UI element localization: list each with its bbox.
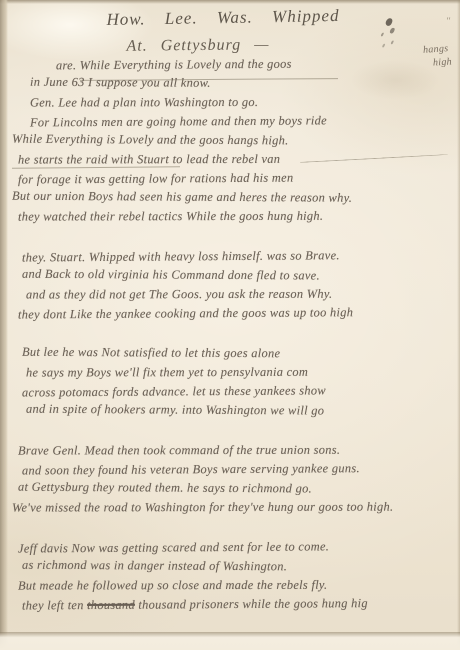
line-prefix: they left ten	[22, 598, 87, 612]
manuscript-line: he says my Boys we'll fix them yet to pe…	[26, 362, 450, 382]
manuscript-line: he starts the raid with Stuart to lead t…	[18, 149, 450, 169]
stanza-5: Jeff davis Now was getting scared and se…	[26, 538, 450, 614]
manuscript-line: they dont Like the yankee cooking and th…	[18, 302, 450, 324]
manuscript-line: Gen. Lee had a plan into Washington to g…	[30, 92, 450, 112]
page-title: How. Lee. Was. Whipped	[26, 5, 420, 32]
paper-edge-top	[0, 0, 460, 4]
stanza-3: But lee he was Not satisfied to let this…	[26, 344, 450, 420]
line-suffix: thousand prisoners while the goos hung h…	[135, 596, 368, 612]
stanza-4: Brave Genl. Mead then took command of th…	[26, 441, 450, 517]
manuscript-line: But meade he followed up so close and ma…	[18, 575, 450, 595]
manuscript-page: '' hangs high How. Lee. Was. Whipped At.…	[0, 0, 460, 650]
stanza-gap	[26, 420, 450, 441]
stanza-gap	[26, 226, 450, 247]
paper-edge-bottom	[0, 632, 460, 650]
manuscript-line: as richmond was in danger instead of Was…	[22, 556, 450, 578]
manuscript-line: But our union Boys had seen his game and…	[12, 187, 450, 209]
manuscript-line: While Everything is Lovely and the goos …	[12, 130, 450, 152]
manuscript-line: in June 63 I suppose you all know.	[30, 73, 450, 95]
stanza-1: are. While Everything is Lovely and the …	[26, 55, 450, 226]
manuscript-line: and as they did not get The Goos. you as…	[26, 284, 450, 304]
stanza-2: they. Stuart. Whipped with heavy loss hi…	[26, 247, 450, 323]
manuscript-line: and Back to old virginia his Command don…	[22, 265, 450, 287]
stanza-gap	[26, 323, 450, 344]
manuscript-line: and in spite of hookers army. into Washi…	[26, 400, 450, 422]
manuscript-line: are. While Everything is Lovely and the …	[56, 54, 450, 76]
stanza-gap	[26, 517, 450, 538]
manuscript-line: at Gettysburg they routed them. he says …	[18, 478, 450, 500]
paper-edge-left	[0, 0, 8, 650]
manuscript-line-with-strikethrough: they left ten thousand thousand prisoner…	[22, 594, 450, 616]
manuscript-line: they watched their rebel tactics While t…	[18, 206, 450, 226]
manuscript-line: We've missed the road to Washington for …	[12, 497, 450, 517]
struck-word: thousand	[87, 598, 135, 612]
manuscript-text: How. Lee. Was. Whipped At. Gettysburg — …	[26, 6, 450, 614]
manuscript-line: But lee he was Not satisfied to let this…	[22, 343, 450, 365]
manuscript-line: Brave Genl. Mead then took command of th…	[18, 440, 450, 460]
